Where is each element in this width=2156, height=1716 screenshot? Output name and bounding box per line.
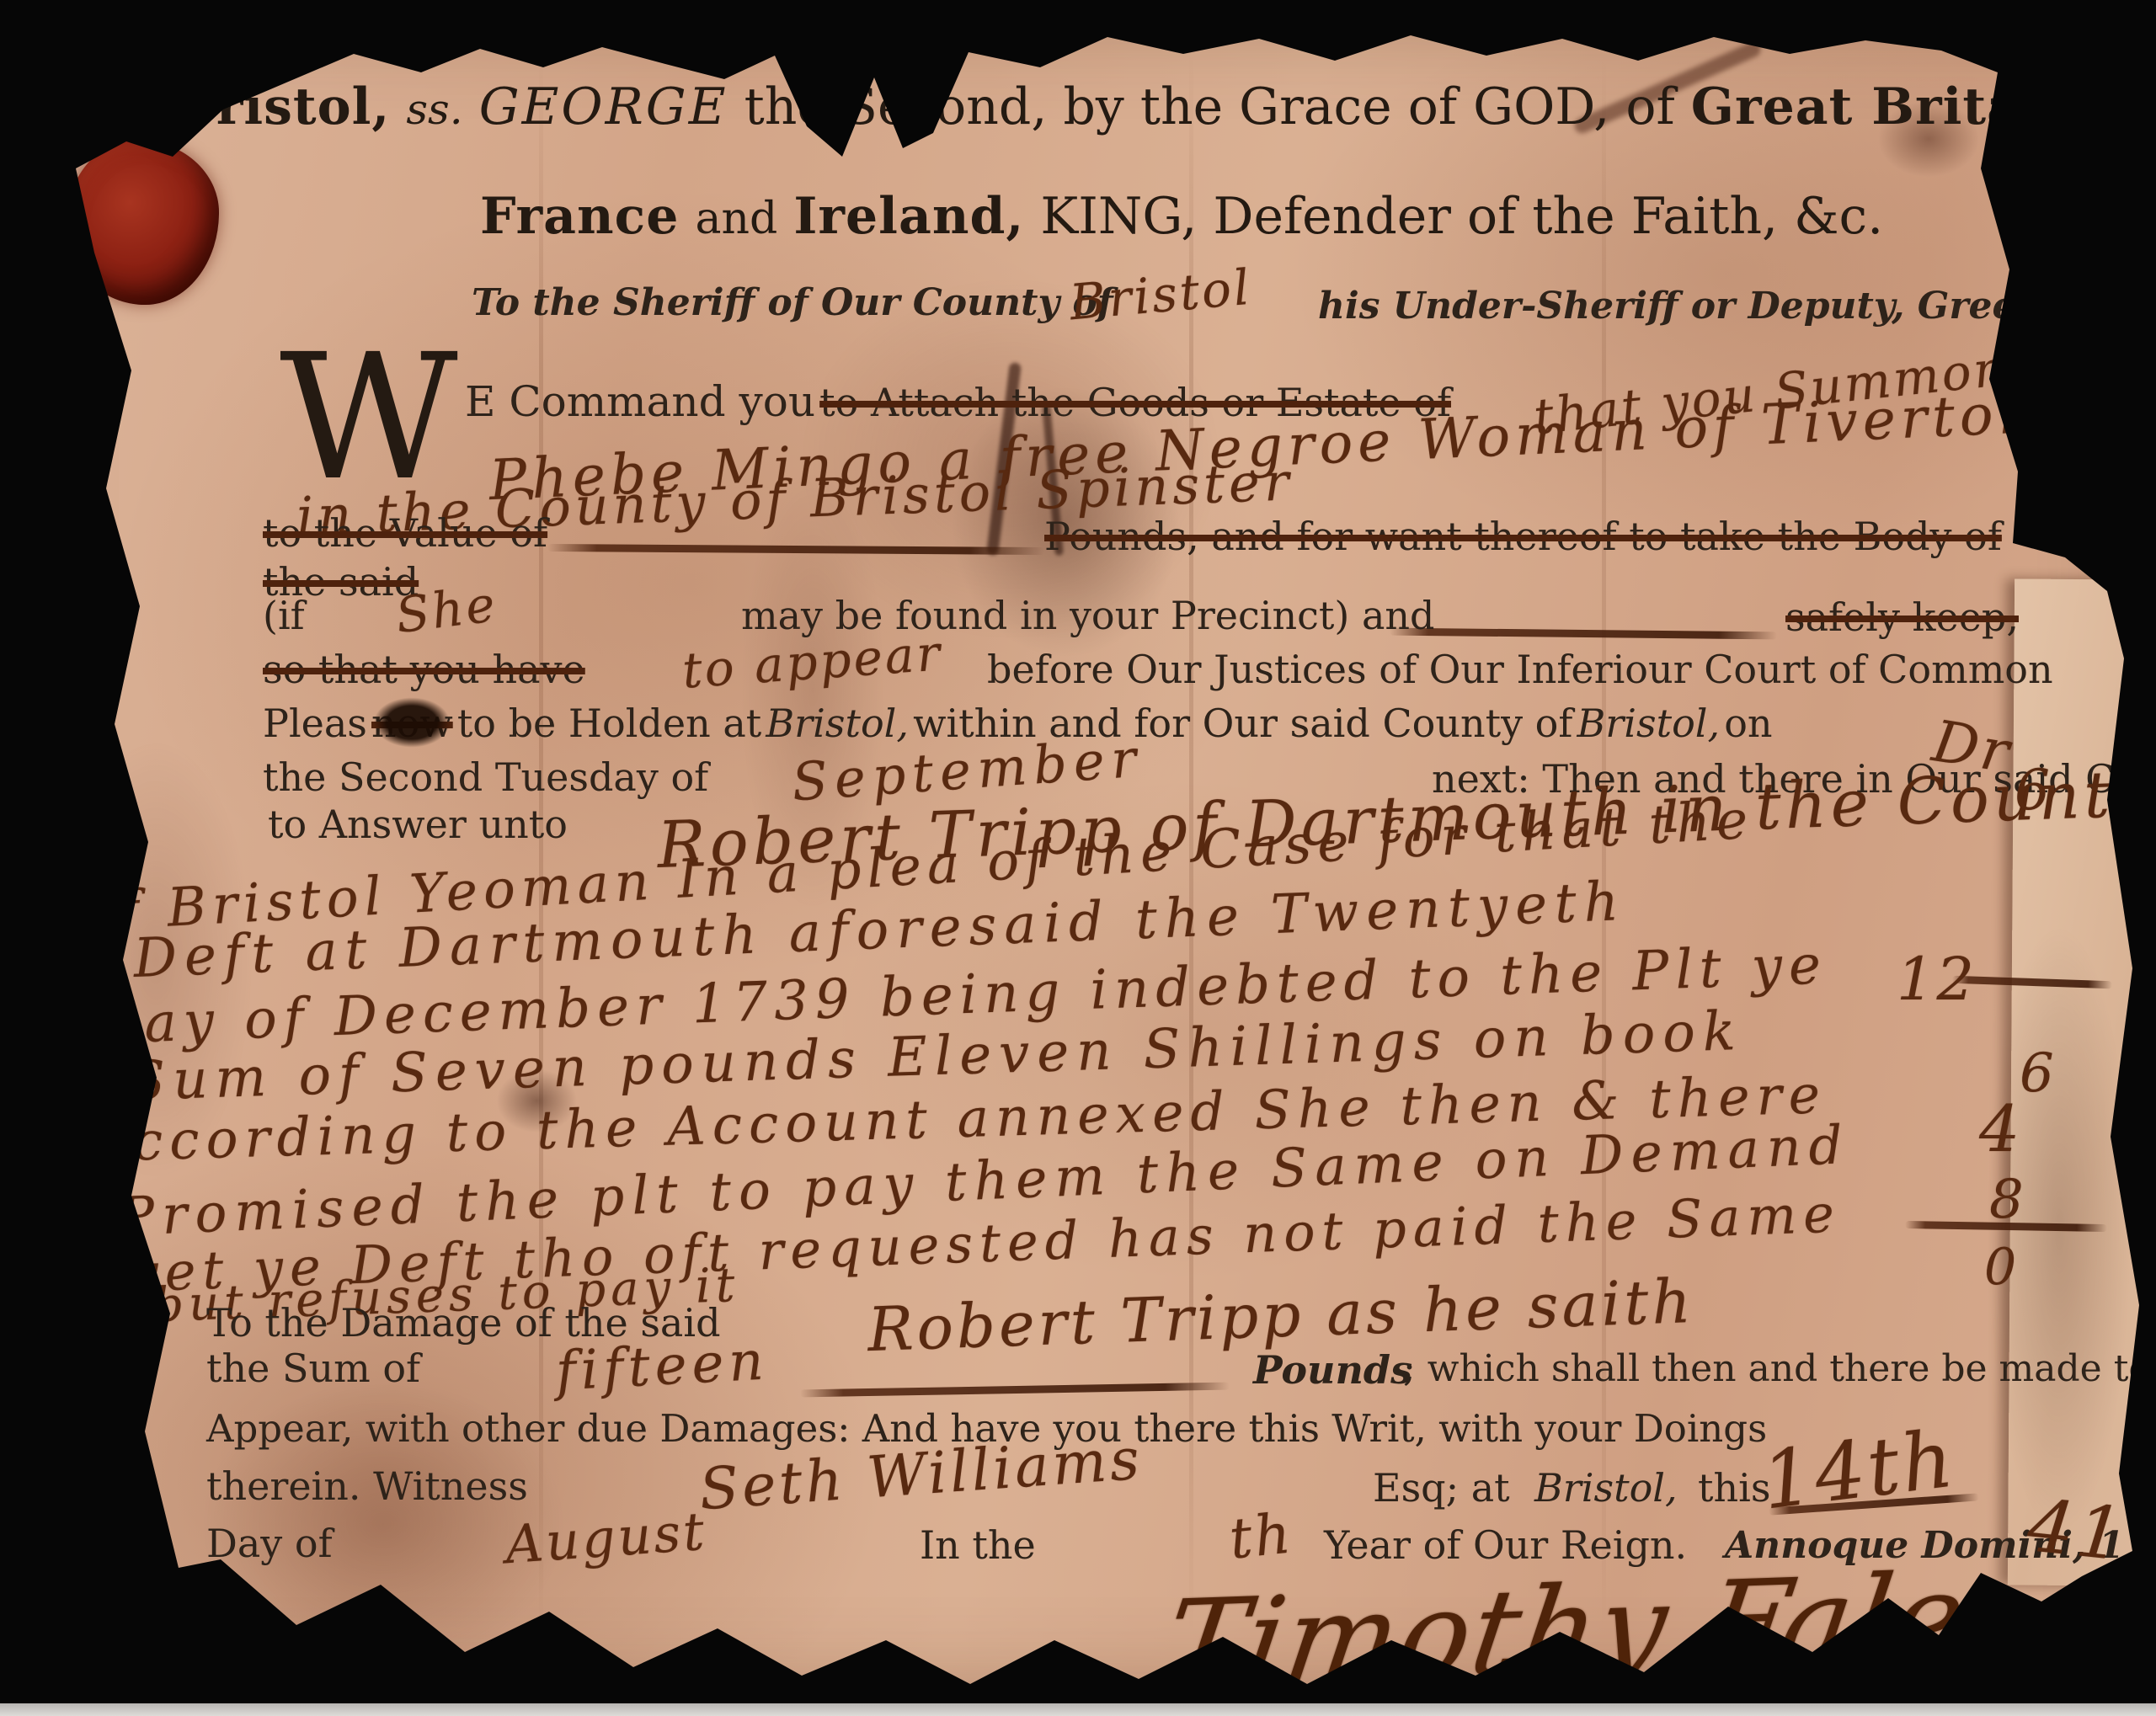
hand-appear: to appear xyxy=(680,624,944,699)
header-title-mid: the Second, by the Grace of GOD, of xyxy=(744,77,1675,136)
if-open: (if xyxy=(263,596,305,635)
header-and: and xyxy=(695,194,777,244)
dropcap-w: W xyxy=(280,350,458,486)
scanned-document: Bristol, ss. GEORGE the Second, by the G… xyxy=(0,0,2156,1716)
hand-month-2: August xyxy=(504,1500,709,1575)
before-justices: before Our Justices of Our Inferiour Cou… xyxy=(987,650,2053,689)
margin-figure: 0 xyxy=(1984,1238,2019,1297)
address-to-sheriff: To the Sheriff of Our County of xyxy=(472,285,1113,322)
clerk-signature: Timothy Fales Cler xyxy=(1157,1536,2156,1714)
margin-figure: 6 xyxy=(2015,758,2052,823)
struck-sothat: so that you have xyxy=(263,650,585,689)
bristol-italic-2: Bristol, xyxy=(1577,701,1721,746)
hand-amount: fifteen xyxy=(554,1330,770,1403)
margin-figure: 12 xyxy=(1897,945,1977,1014)
header-king-name: GEORGE xyxy=(479,77,728,136)
address-greeting: his Under-Sheriff or Deputy, Greeting. xyxy=(1318,288,2113,325)
holden-text: to be Holden at xyxy=(457,701,761,746)
header-line2: France and Ireland, KING, Defender of th… xyxy=(480,187,1883,246)
pounds-word: Pounds xyxy=(1253,1351,1412,1389)
bristol-italic-3: Bristol, xyxy=(1534,1468,1678,1507)
header-realm3: Ireland, xyxy=(793,187,1024,246)
this-word: this xyxy=(1698,1468,1770,1507)
header-ss: ss. xyxy=(406,85,462,134)
we-command: E Command you xyxy=(465,377,815,426)
sum-of-text: the Sum of xyxy=(206,1349,420,1388)
ink-strike-line xyxy=(547,544,1044,555)
struck-now: now xyxy=(371,701,453,746)
header-line1: Bristol, ss. GEORGE the Second, by the G… xyxy=(173,77,2096,136)
address-county-hand: Bristol xyxy=(1067,258,1254,332)
ink-strike-line xyxy=(1390,628,1777,640)
header-realm2: France xyxy=(480,187,679,246)
header-realm1: Great Britain, xyxy=(1691,77,2097,136)
margin-figure: 4 xyxy=(1979,1091,2022,1166)
document-paper: Bristol, ss. GEORGE the Second, by the G… xyxy=(0,0,2156,1716)
ink-dash xyxy=(800,1383,1230,1398)
struck-safely: safely keep, xyxy=(1785,598,2019,637)
struck-value: to the Value of xyxy=(263,514,547,552)
therein-witness: therein. Witness xyxy=(206,1467,528,1505)
bristol-italic-1: Bristol, xyxy=(766,701,909,746)
on-word: on xyxy=(1724,701,1772,746)
header-king-title: KING, Defender of the Faith, &c. xyxy=(1040,187,1883,246)
in-the-text: In the xyxy=(920,1526,1036,1564)
header-place: Bristol, xyxy=(173,77,390,136)
tuesday-text: the Second Tuesday of xyxy=(263,758,708,797)
esq-at: Esq; at xyxy=(1373,1468,1510,1507)
made-to-text: ; which shall then and there be made to xyxy=(1403,1351,2151,1388)
hand-regnal-suffix: th xyxy=(1226,1500,1296,1571)
day-of-text: Day of xyxy=(206,1524,333,1563)
precinct-text: may be found in your Precinct) and xyxy=(741,596,1434,635)
answer-text: to Answer unto xyxy=(268,805,568,844)
margin-flourish: Dr xyxy=(1928,708,2015,786)
wax-seal-drip xyxy=(99,278,155,317)
pleas-word: Pleas xyxy=(263,701,367,746)
year-reign-text: Year of Our Reign. xyxy=(1324,1526,1687,1564)
scanner-edge-strip xyxy=(0,1703,2156,1716)
hand-day-number: 14th xyxy=(1757,1413,1961,1527)
margin-figure: 6 xyxy=(2020,1042,2057,1105)
struck-pounds: Pounds, and for want thereof to take the… xyxy=(1044,517,2002,556)
margin-figure: 8 xyxy=(1989,1169,2026,1231)
hand-she: She xyxy=(392,575,500,644)
